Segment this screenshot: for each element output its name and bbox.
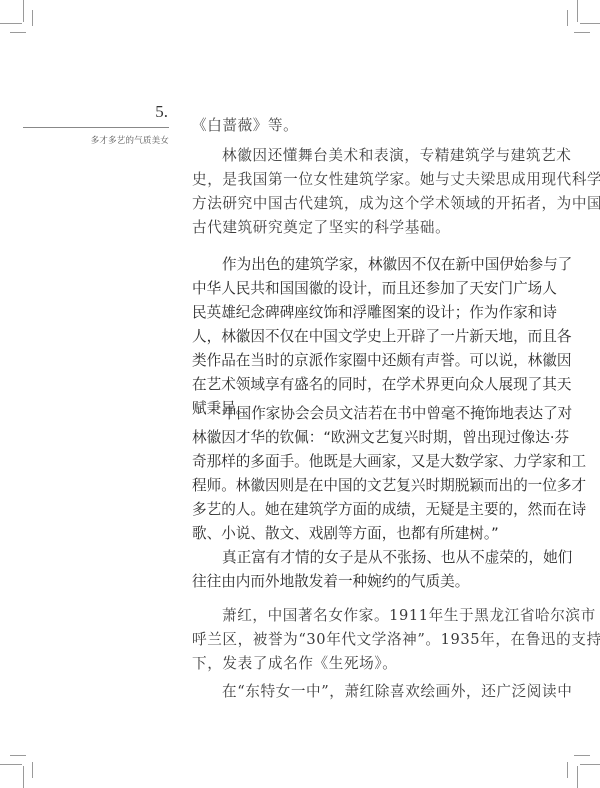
crop-mark-top-left-v2 <box>32 10 33 26</box>
crop-mark-bottom-right-h <box>580 764 600 765</box>
text-line: 古代建筑研究奠定了坚实的科学基础。 <box>192 218 510 238</box>
text-line: 中华人民共和国国徽的设计，而且还参加了天安门广场人 <box>192 279 510 299</box>
text-line: 歌、小说、散文、戏剧等方面，也都有所建树。” <box>192 524 510 544</box>
text-line: 往往由内而外地散发着一种婉约的气质美。 <box>192 572 510 592</box>
text-line: 人，林徽因不仅在中国文学史上开辟了一片新天地，而且各 <box>192 327 510 347</box>
text-line: 史，是我国第一位女性建筑学家。她与丈夫梁思成用现代科学 <box>192 170 510 190</box>
text-line: 在“东特女一中”，萧红除喜欢绘画外，还广泛阅读中 <box>192 682 510 702</box>
text-line: 萧红，中国著名女作家。1911年生于黑龙江省哈尔滨市 <box>192 606 510 626</box>
header-rule <box>23 127 169 128</box>
text-line: 方法研究中国古代建筑，成为这个学术领域的开拓者，为中国 <box>192 194 510 214</box>
crop-mark-top-right-h2 <box>574 32 590 33</box>
text-line: 呼兰区，被誉为“30年代文学洛神”。1935年，在鲁迅的支持 <box>192 630 510 650</box>
text-line: 下，发表了成名作《生死场》。 <box>192 654 510 674</box>
crop-mark-top-left-h <box>0 23 22 24</box>
text-line: 《白蔷薇》等。 <box>192 116 510 136</box>
text-line: 中国作家协会会员文洁若在书中曾毫不掩饰地表达了对 <box>192 404 510 424</box>
crop-mark-top-right-v <box>577 0 578 22</box>
text-line: 奇那样的多面手。他既是大画家，又是大数学家、力学家和工 <box>192 452 510 472</box>
running-title: 多才多艺的气质美女 <box>40 134 169 146</box>
text-line: 在艺术领域享有盛名的同时，在学术界更向众人展现了其天 <box>192 375 510 395</box>
crop-mark-top-right-h <box>580 23 600 24</box>
text-line: 林徽因还懂舞台美术和表演，专精建筑学与建筑艺术 <box>192 146 510 166</box>
crop-mark-bottom-right-v2 <box>567 762 568 778</box>
crop-mark-bottom-right-h2 <box>574 755 590 756</box>
crop-mark-bottom-left-v <box>23 766 24 788</box>
text-line: 多艺的人。她在建筑学方面的成绩，无疑是主要的，然而在诗 <box>192 500 510 520</box>
text-line: 民英雄纪念碑碑座纹饰和浮雕图案的设计；作为作家和诗 <box>192 303 510 323</box>
crop-mark-bottom-left-v2 <box>32 762 33 778</box>
crop-mark-top-left-h2 <box>10 32 26 33</box>
text-line: 程师。林徽因则是在中国的文艺复兴时期脱颖而出的一位多才 <box>192 476 510 496</box>
text-line: 林徽因才华的钦佩：“欧洲文艺复兴时期，曾出现过像达·芬 <box>192 428 510 448</box>
text-line: 作为出色的建筑学家，林徽因不仅在新中国伊始参与了 <box>192 255 510 275</box>
crop-mark-bottom-left-h2 <box>10 755 26 756</box>
text-line: 真正富有才情的女子是从不张扬、也从不虚荣的，她们 <box>192 548 510 568</box>
section-number: 5. <box>140 102 168 122</box>
crop-mark-top-right-v2 <box>567 10 568 26</box>
crop-mark-bottom-right-v <box>577 766 578 788</box>
crop-mark-bottom-left-h <box>0 764 22 765</box>
text-line: 类作品在当时的京派作家圈中还颇有声誉。可以说，林徽因 <box>192 351 510 371</box>
crop-mark-top-left-v <box>23 0 24 22</box>
book-page: 5. 多才多艺的气质美女 《白蔷薇》等。 林徽因还懂舞台美术和表演，专精建筑学与… <box>0 0 600 788</box>
